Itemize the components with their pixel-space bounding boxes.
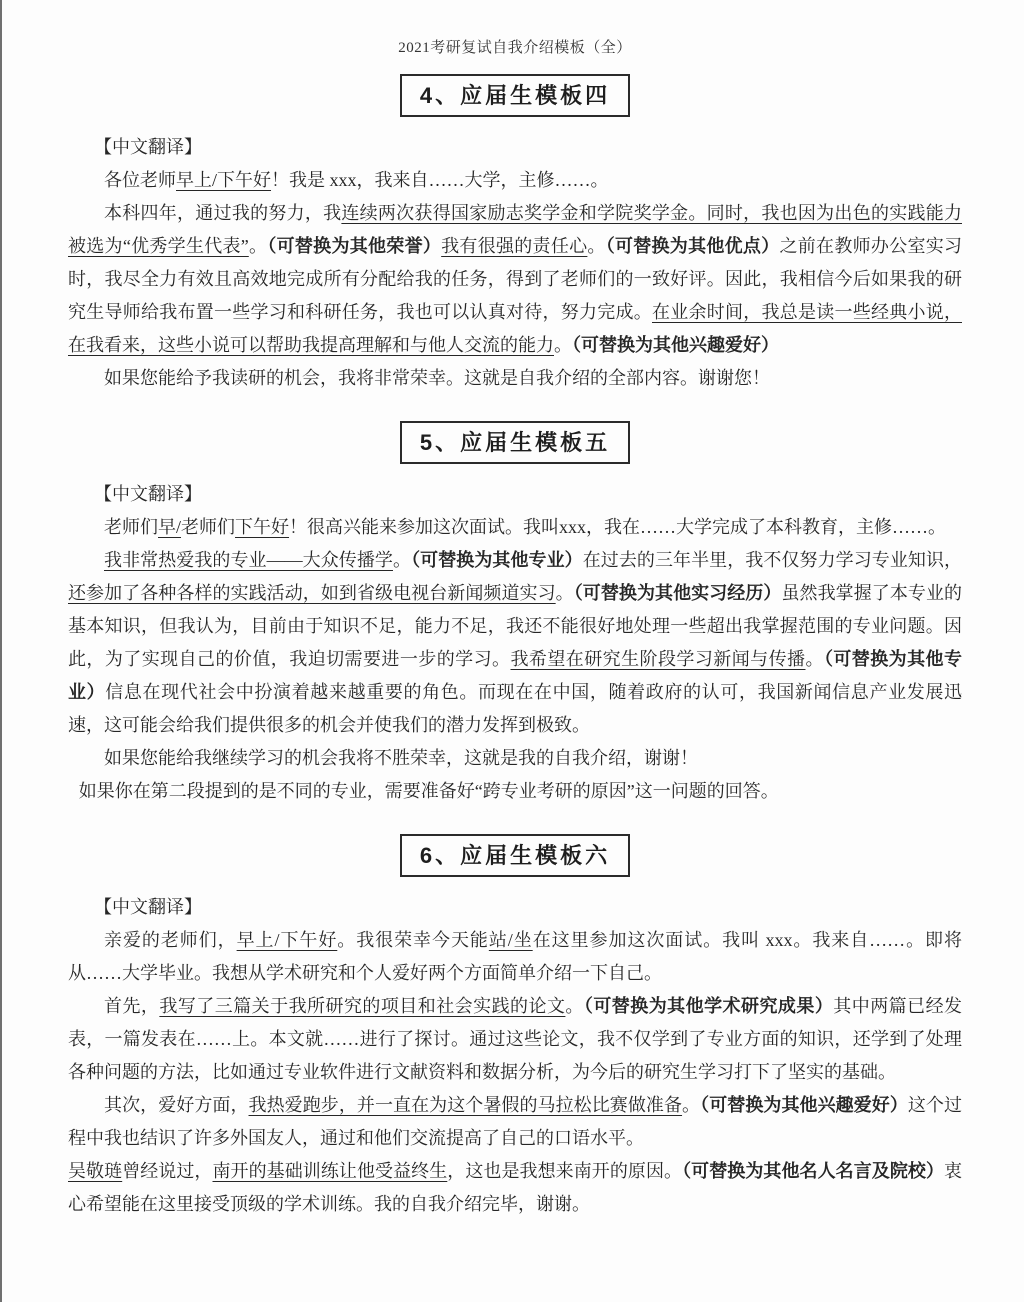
replaceable-note-run: （可替换为其他实习经历）	[574, 583, 782, 603]
text-run: 如果你在第二段提到的是不同的专业，需要准备好“跨专业考研的原因”这一问题的回答。	[79, 781, 779, 801]
text-run: ！我是 xxx，我来自……大学，主修……。	[271, 170, 609, 190]
text-run: 在过去的三年半里，我不仅努力学习专业知识，	[583, 550, 962, 570]
paragraph: 亲爱的老师们，早上/下午好。我很荣幸今天能站/坐在这里参加这次面试。我叫 xxx…	[68, 924, 962, 990]
text-run: 如果您能给我继续学习的机会我将不胜荣幸，这就是我的自我介绍，谢谢！	[104, 748, 698, 768]
replaceable-note-run: （可替换为其他名人名言及院校）	[682, 1161, 944, 1181]
text-run: 曾经说过，	[122, 1161, 212, 1181]
underlined-text-run: 南开的基础训练让他受益终生	[213, 1161, 448, 1181]
replaceable-note-run: （可替换为其他专业）	[411, 550, 583, 570]
underlined-text-run: 吴敬琏	[68, 1161, 122, 1181]
paragraph: 如果您能给我继续学习的机会我将不胜荣幸，这就是我的自我介绍，谢谢！	[68, 742, 962, 775]
document-page: 2021考研复试自我介绍模板（全） 4、应届生模板四【中文翻译】各位老师早上/下…	[0, 0, 1024, 1302]
replaceable-note-run: （可替换为其他学术研究成果）	[584, 996, 833, 1016]
text-run: ！很高兴能来参加这次面试。我叫xxx，我在……大学完成了本科教育，主修……。	[289, 517, 946, 537]
page-left-edge-line	[0, 0, 2, 1302]
section-title-row: 5、应届生模板五	[68, 421, 962, 464]
paragraph: 首先，我写了三篇关于我所研究的项目和社会实践的论文。（可替换为其他学术研究成果）…	[68, 990, 962, 1089]
page-content: 2021考研复试自我介绍模板（全） 4、应届生模板四【中文翻译】各位老师早上/下…	[0, 0, 1024, 1221]
sections-container: 4、应届生模板四【中文翻译】各位老师早上/下午好！我是 xxx，我来自……大学，…	[68, 74, 962, 1221]
text-run: 。	[249, 236, 268, 256]
text-run: 亲爱的老师们，	[104, 930, 237, 950]
paragraph: 各位老师早上/下午好！我是 xxx，我来自……大学，主修……。	[68, 164, 962, 197]
underlined-text-run: 我写了三篇关于我所研究的项目和社会实践的论文	[159, 996, 565, 1016]
text-run: 本科四年，通过我的努力，我	[104, 203, 341, 223]
text-run: 老师们	[181, 517, 235, 537]
underlined-text-run: 早上/下午好	[176, 170, 271, 190]
underlined-text-run: 站/坐	[489, 930, 533, 950]
replaceable-note-run: （可替换为其他兴趣爱好）	[700, 1095, 908, 1115]
underlined-text-run: 还参加了各种各样的实践活动，如到省级电视台新闻频道实习	[68, 583, 556, 603]
replaceable-note-run: （可替换为其他荣誉）	[267, 236, 441, 256]
paragraph: 我非常热爱我的专业——大众传播学。（可替换为其他专业）在过去的三年半里，我不仅努…	[68, 544, 962, 742]
text-run: 其次，爱好方面，	[104, 1095, 249, 1115]
paragraph: 老师们早/老师们下午好！很高兴能来参加这次面试。我叫xxx，我在……大学完成了本…	[68, 511, 962, 544]
section-template-4: 4、应届生模板四【中文翻译】各位老师早上/下午好！我是 xxx，我来自……大学，…	[68, 74, 962, 395]
paragraph: 吴敬琏曾经说过，南开的基础训练让他受益终生，这也是我想来南开的原因。（可替换为其…	[68, 1155, 962, 1221]
replaceable-note-run: （可替换为其他优点）	[606, 236, 780, 256]
section-title-box: 4、应届生模板四	[400, 74, 630, 117]
text-run: 。	[682, 1095, 700, 1115]
text-run: 。	[806, 649, 824, 669]
text-run: 老师们	[104, 517, 158, 537]
text-run: 。	[556, 583, 574, 603]
underlined-text-run: 下午好	[235, 517, 289, 537]
underlined-text-run: 我希望在研究生阶段学习新闻与传播	[511, 649, 806, 669]
text-run: 信息在现代社会中扮演着越来越重要的角色。而现在在中国，随着政府的认可，我国新闻信…	[68, 682, 962, 735]
underlined-text-run: 我非常热爱我的专业——大众传播学	[104, 550, 393, 570]
text-run: 各位老师	[104, 170, 176, 190]
paragraph: 如果你在第二段提到的是不同的专业，需要准备好“跨专业考研的原因”这一问题的回答。	[68, 775, 962, 808]
text-run: 。	[393, 550, 411, 570]
underlined-text-run: 我热爱跑步，并一直在为这个暑假的马拉松比赛做准备	[249, 1095, 683, 1115]
document-header-title: 2021考研复试自我介绍模板（全）	[68, 38, 962, 58]
section-title-box: 5、应届生模板五	[400, 421, 630, 464]
paragraph: 如果您能给予我读研的机会，我将非常荣幸。这就是自我介绍的全部内容。谢谢您！	[68, 362, 962, 395]
section-title-row: 6、应届生模板六	[68, 834, 962, 877]
underlined-text-run: 早/	[158, 517, 181, 537]
section-title-row: 4、应届生模板四	[68, 74, 962, 117]
underlined-text-run: 早上/下午好	[237, 930, 338, 950]
text-run: ，这也是我想来南开的原因。	[447, 1161, 682, 1181]
text-run: 首先，	[104, 996, 159, 1016]
translation-label: 【中文翻译】	[94, 478, 962, 511]
translation-label: 【中文翻译】	[94, 891, 962, 924]
replaceable-note-run: （可替换为其他兴趣爱好）	[572, 335, 779, 355]
section-template-6: 6、应届生模板六【中文翻译】亲爱的老师们，早上/下午好。我很荣幸今天能站/坐在这…	[68, 834, 962, 1221]
text-run: 。	[565, 996, 583, 1016]
paragraph: 本科四年，通过我的努力，我连续两次获得国家励志奖学金和学院奖学金。同时，我也因为…	[68, 197, 962, 362]
text-run: 。	[554, 335, 572, 355]
translation-label: 【中文翻译】	[94, 131, 962, 164]
section-template-5: 5、应届生模板五【中文翻译】老师们早/老师们下午好！很高兴能来参加这次面试。我叫…	[68, 421, 962, 808]
text-run: 如果您能给予我读研的机会，我将非常荣幸。这就是自我介绍的全部内容。谢谢您！	[104, 368, 770, 388]
paragraph: 其次，爱好方面，我热爱跑步，并一直在为这个暑假的马拉松比赛做准备。（可替换为其他…	[68, 1089, 962, 1155]
text-run: 。	[587, 236, 605, 256]
text-run: 。我很荣幸今天能	[337, 930, 489, 950]
underlined-text-run: 我有很强的责任心	[441, 236, 587, 256]
section-title-box: 6、应届生模板六	[400, 834, 630, 877]
